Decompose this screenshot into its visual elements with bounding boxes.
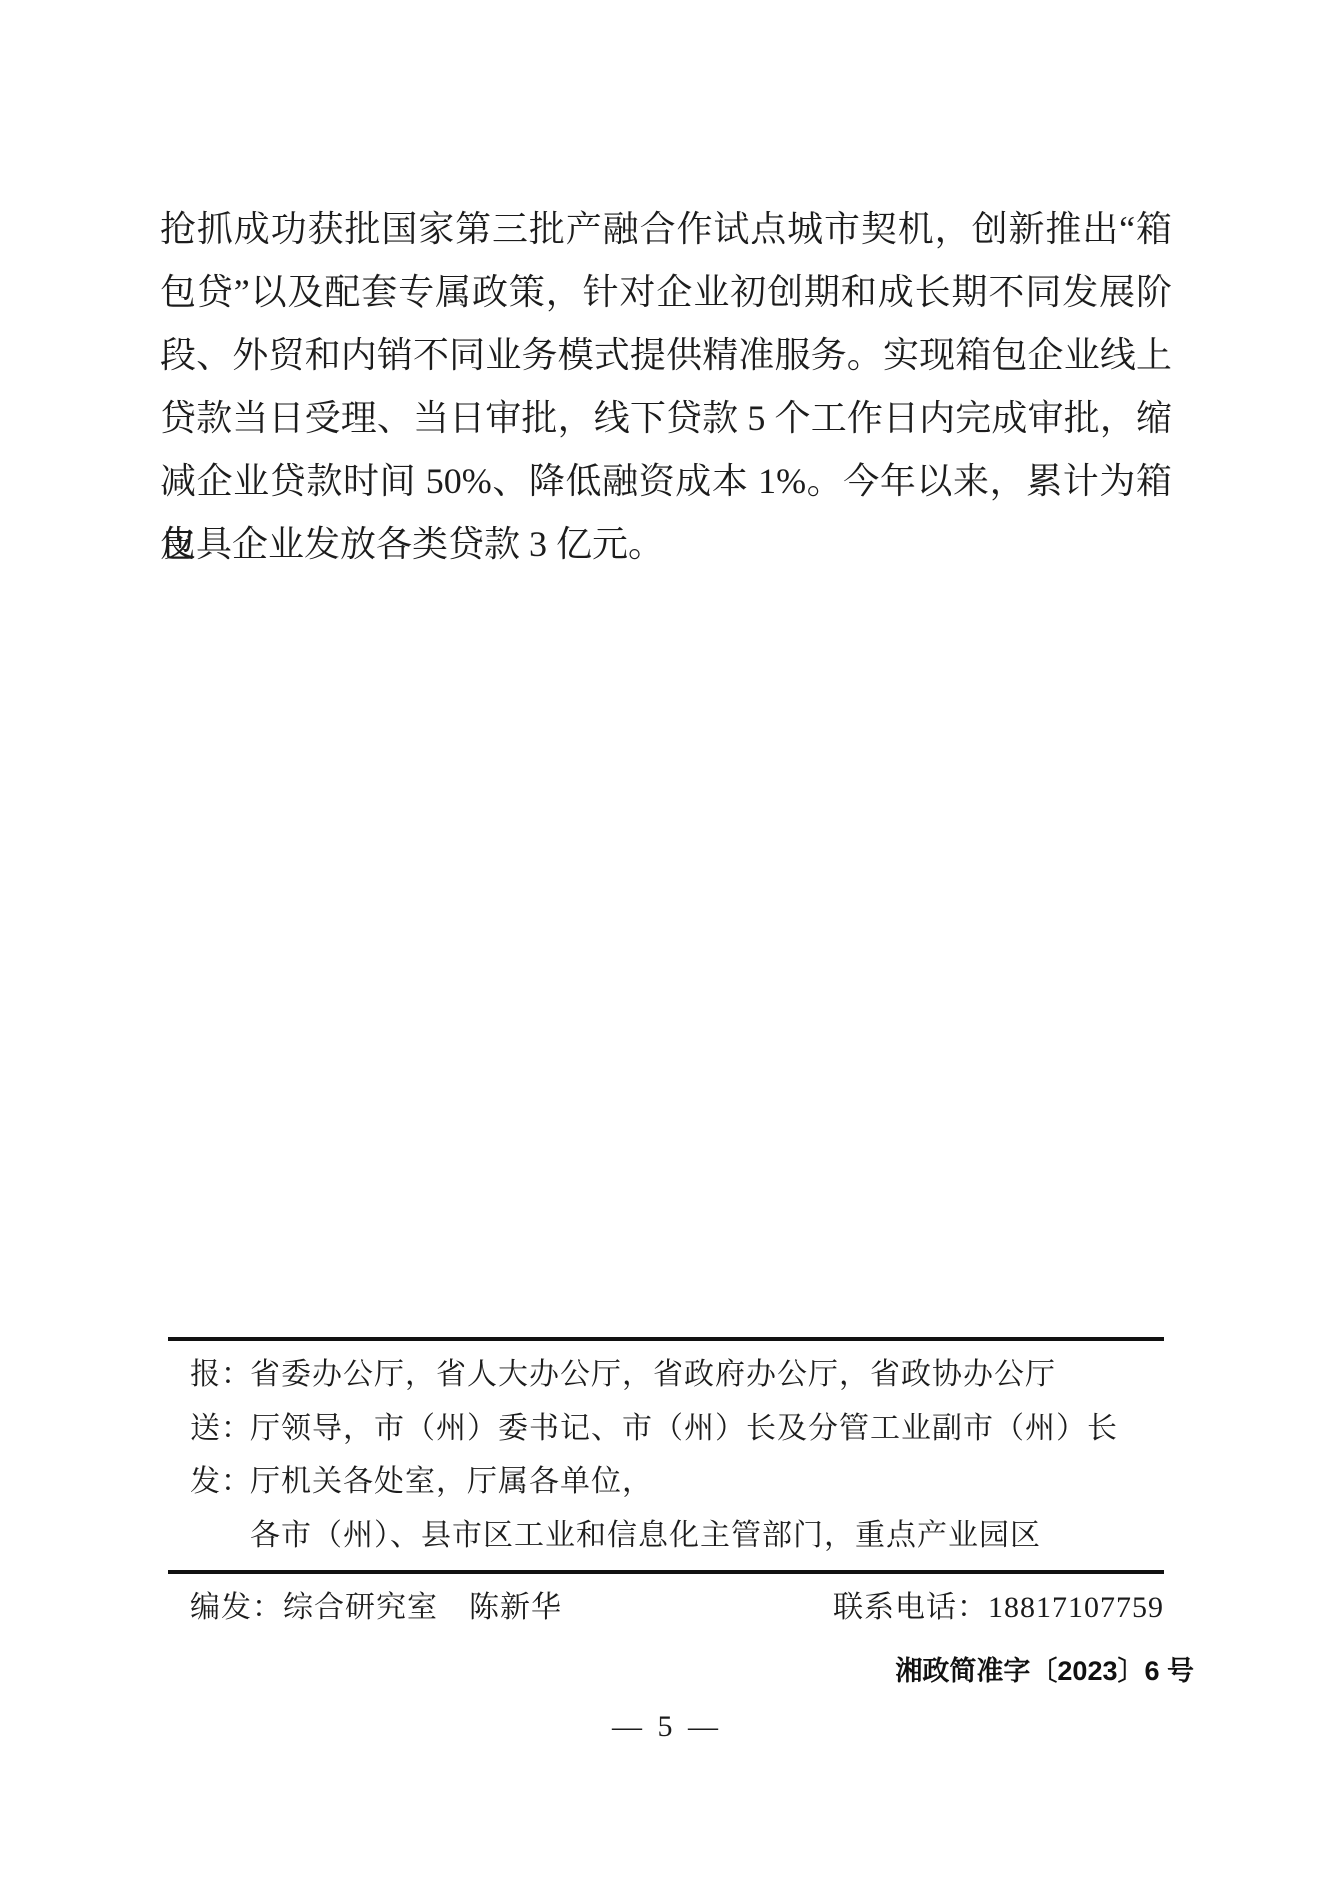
document-page: 抢抓成功获批国家第三批产融合作试点城市契机，创新推出“箱 包贷”以及配套专属政策…	[0, 0, 1334, 1887]
distribution-label: 送：	[190, 1402, 250, 1456]
distribution-content: 省委办公厅，省人大办公厅，省政府办公厅，省政协办公厅	[250, 1348, 1165, 1402]
contact-phone: 联系电话：18817107759	[833, 1585, 1164, 1630]
body-line: 抢抓成功获批国家第三批产融合作试点城市契机，创新推出“箱	[160, 198, 1172, 261]
body-line: 贷款当日受理、当日审批，线下贷款 5 个工作日内完成审批，缩	[160, 387, 1172, 450]
distribution-row-send: 送： 厅领导，市（州）委书记、市（州）长及分管工业副市（州）长	[190, 1402, 1165, 1456]
page-number: — 5 —	[0, 1706, 1334, 1748]
distribution-label: 报：	[190, 1348, 250, 1402]
distribution-content: 各市（州）、县市区工业和信息化主管部门，重点产业园区	[250, 1509, 1165, 1563]
body-paragraph: 抢抓成功获批国家第三批产融合作试点城市契机，创新推出“箱 包贷”以及配套专属政策…	[160, 198, 1172, 576]
distribution-label	[190, 1509, 250, 1563]
footer-credits: 编发：综合研究室 陈新华 联系电话：18817107759	[190, 1585, 1164, 1630]
distribution-content: 厅领导，市（州）委书记、市（州）长及分管工业副市（州）长	[250, 1402, 1165, 1456]
distribution-bottom-rule	[168, 1570, 1164, 1574]
body-line: 减企业贷款时间 50%、降低融资成本 1%。今年以来，累计为箱包	[160, 450, 1172, 513]
body-line: 段、外贸和内销不同业务模式提供精准服务。实现箱包企业线上	[160, 324, 1172, 387]
body-line: 包贷”以及配套专属政策，针对企业初创期和成长期不同发展阶	[160, 261, 1172, 324]
distribution-row-issue: 发： 厅机关各处室，厅属各单位，	[190, 1455, 1165, 1509]
doc-number: 湘政简准字〔2023〕6 号	[895, 1652, 1194, 1690]
distribution-row-report: 报： 省委办公厅，省人大办公厅，省政府办公厅，省政协办公厅	[190, 1348, 1165, 1402]
distribution-label: 发：	[190, 1455, 250, 1509]
body-line: 皮具企业发放各类贷款 3 亿元。	[160, 513, 1172, 576]
distribution-top-rule	[168, 1337, 1164, 1341]
distribution-list: 报： 省委办公厅，省人大办公厅，省政府办公厅，省政协办公厅 送： 厅领导，市（州…	[190, 1348, 1165, 1562]
editor-credit: 编发：综合研究室 陈新华	[190, 1585, 562, 1630]
distribution-content: 厅机关各处室，厅属各单位，	[250, 1455, 1165, 1509]
distribution-row-issue-continued: 各市（州）、县市区工业和信息化主管部门，重点产业园区	[190, 1509, 1165, 1563]
